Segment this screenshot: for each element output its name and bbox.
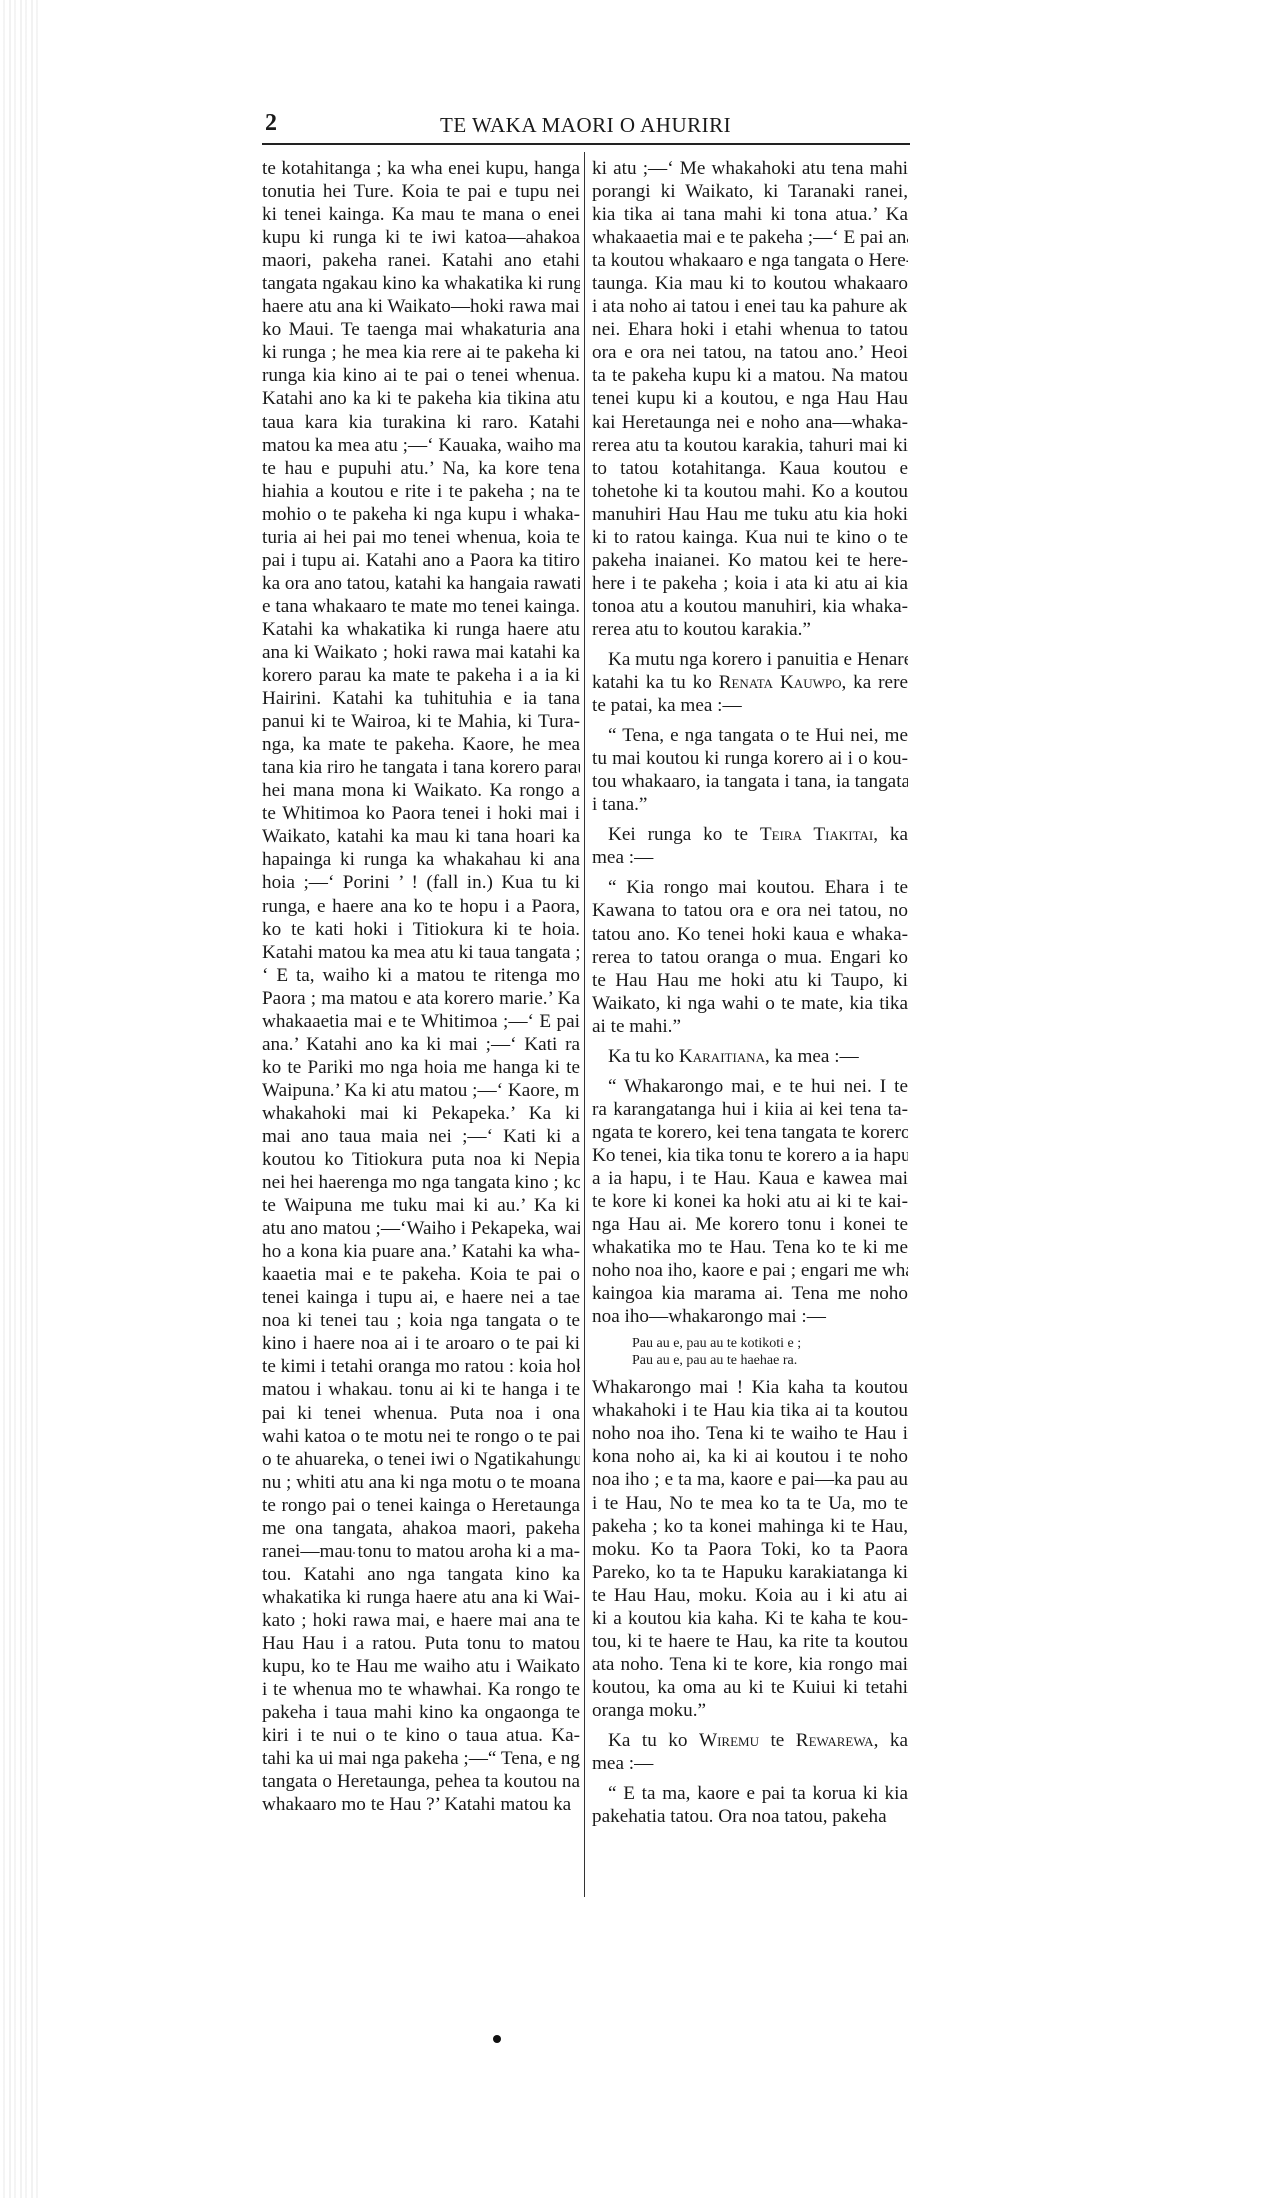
text-line: “ Whakarongo mai, e te hui nei. I te	[592, 1075, 908, 1098]
text-line: te Whitimoa ko Paora tenei i hoki mai i	[262, 802, 580, 825]
text-line: ngata te korero, kei tena tangata te kor…	[592, 1121, 908, 1144]
text-line: ana.’ Katahi ano ka ki mai ;—‘ Kati ra	[262, 1033, 580, 1056]
text-line: o te ahuareka, o tenei iwi o Ngatikahung…	[262, 1448, 580, 1471]
text-line: wahi katoa o te motu nei te rongo o te p…	[262, 1425, 580, 1448]
text-line: mai ano taua maia nei ;—‘ Kati ki a	[262, 1125, 580, 1148]
footer-ornament-dot	[493, 2035, 501, 2043]
text-line: hiahia a koutou e rite i te pakeha ; na …	[262, 480, 580, 503]
text-line: te patai, ka mea :—	[592, 694, 908, 717]
text-line: Kei runga ko te Teira Tiakitai, ka	[592, 823, 908, 846]
text-line: te Waipuna me tuku mai ki au.’ Ka ki	[262, 1194, 580, 1217]
text-line: kia tika ai tana mahi ki tona atua.’ Ka	[592, 203, 908, 226]
text-line: Hau Hau i a ratou. Puta tonu to matou	[262, 1632, 580, 1655]
text-line: tou. Katahi ano nga tangata kino ka	[262, 1563, 580, 1586]
text-line: tangata o Heretaunga, pehea ta koutou na	[262, 1770, 580, 1793]
text-line: Waikato, katahi ka mau ki tana hoari ka	[262, 825, 580, 848]
text-line: pakeha inaianei. Ko matou kei te here-	[592, 549, 908, 572]
text-line: Ka mutu nga korero i panuitia e Henare ;	[592, 648, 908, 671]
text-line: tatou ano. Ko tenei hoki kaua e whaka-	[592, 923, 908, 946]
text-line: tahi ka ui mai nga pakeha ;—“ Tena, e ng…	[262, 1747, 580, 1770]
text-line: i te Hau, No te mea ko ta te Ua, mo te	[592, 1492, 908, 1515]
text-line: Ko tenei, kia tika tonu te korero a ia h…	[592, 1144, 908, 1167]
text-line: Pareko, ko ta te Hapuku karakiatanga ki	[592, 1561, 908, 1584]
text-line: ko Maui. Te taenga mai whakaturia ana	[262, 318, 580, 341]
paragraph-gap	[592, 1038, 908, 1045]
text-line: whakahoki mai ki Pekapeka.’ Ka ki	[262, 1102, 580, 1125]
text-line: ki tenei kainga. Ka mau te mana o enei	[262, 203, 580, 226]
text-line: ai te mahi.”	[592, 1015, 908, 1038]
text-line: kiri i te nui o te kino o taua atua. Ka-	[262, 1724, 580, 1747]
text-line: Waipuna.’ Ka ki atu matou ;—‘ Kaore, me	[262, 1079, 580, 1102]
text-line: katahi ka tu ko Renata Kauwpo, ka rere	[592, 671, 908, 694]
speaker-name: Teira Tiakitai	[760, 824, 873, 845]
text-line: ki atu ;—‘ Me whakahoki atu tena mahi	[592, 157, 908, 180]
text-line: ana ki Waikato ; hoki rawa mai katahi ka	[262, 641, 580, 664]
text-line: rerea atu ta koutou karakia, tahuri mai …	[592, 434, 908, 457]
header-rule	[262, 143, 910, 145]
text-line: ta koutou whakaaro e nga tangata o Here-	[592, 249, 908, 272]
text-line: panui ki te Wairoa, ki te Mahia, ki Tura…	[262, 710, 580, 733]
text-line: whakaaetia mai e te pakeha ;—‘ E pai ana	[592, 226, 908, 249]
text-line: moku. Ko ta Paora Toki, ko ta Paora	[592, 1538, 908, 1561]
text-line: e tana whakaaro te mate mo tenei kainga.	[262, 595, 580, 618]
scan-margin-artifact	[0, 0, 40, 2198]
text-line: “ E ta ma, kaore e pai ta korua ki kia	[592, 1782, 908, 1805]
text-line: Kawana to tatou ora e ora nei tatou, no	[592, 899, 908, 922]
text-line: rerea atu to koutou karakia.”	[592, 618, 908, 641]
text-line: hei mana mona ki Waikato. Ka rongo a	[262, 779, 580, 802]
text-line: nu ; whiti atu ana ki nga motu o te moan…	[262, 1471, 580, 1494]
text-line: Ka tu ko Wiremu te Rewarewa, ka	[592, 1729, 908, 1752]
text-line: Waikato, ki nga wahi o te mate, kia tika	[592, 992, 908, 1015]
text-line: kupu, ko te Hau me waiho atu i Waikato	[262, 1655, 580, 1678]
text-line: taua kara kia turakina ki raro. Katahi	[262, 411, 580, 434]
text-line: Ka tu ko Karaitiana, ka mea :—	[592, 1045, 908, 1068]
text-line: te kimi i tetahi oranga mo ratou : koia …	[262, 1355, 580, 1378]
text-line: manuhiri Hau Hau me tuku atu kia hoki	[592, 503, 908, 526]
paragraph-gap	[592, 816, 908, 823]
text-line: rerea to tatou oranga o mua. Engari ko	[592, 946, 908, 969]
text-line: whakatika mo te Hau. Tena ko te ki me	[592, 1236, 908, 1259]
text-line: whakaaetia mai e te Whitimoa ;—‘ E pai	[262, 1010, 580, 1033]
text-line: ra karangatanga hui i kiia ai kei tena t…	[592, 1098, 908, 1121]
scan-speck	[843, 1597, 845, 1599]
text-line: tohetohe ki ta koutou mahi. Ko a koutou	[592, 480, 908, 503]
right-column: ki atu ;—‘ Me whakahoki atu tena mahipor…	[592, 157, 908, 1828]
text-line: noho noa iho. Tena ki te waiho te Hau i	[592, 1422, 908, 1445]
text-line: runga, e haere ana ko te hopu i a Paora,	[262, 895, 580, 918]
text-line: koutou ko Titiokura puta noa ki Nepia	[262, 1148, 580, 1171]
text-line: Katahi ano ka ki te pakeha kia tikina at…	[262, 387, 580, 410]
text-line: nei hei haerenga mo nga tangata kino ; k…	[262, 1171, 580, 1194]
page-number: 2	[265, 110, 277, 137]
text-line: tana kia riro he tangata i tana korero p…	[262, 756, 580, 779]
scan-speck	[832, 1113, 834, 1115]
text-line: Paora ; ma matou e ata korero marie.’ Ka	[262, 987, 580, 1010]
text-line: te Hau Hau me hoki atu ki Taupo, ki	[592, 969, 908, 992]
text-line: ata noho. Tena ki te kore, kia rongo mai	[592, 1653, 908, 1676]
verse-line: Pau au e, pau au te kotikoti e ;	[592, 1335, 908, 1352]
running-title: TE WAKA MAORI O AHURIRI	[440, 113, 731, 138]
text-line: tenei kupu ki a koutou, e nga Hau Hau	[592, 387, 908, 410]
text-line: hoia ;—‘ Porini ’ ! (fall in.) Kua tu ki	[262, 871, 580, 894]
paragraph-gap	[592, 717, 908, 724]
page-header: 2 TE WAKA MAORI O AHURIRI	[262, 110, 910, 144]
text-line: kino i haere noa ai i te aroaro o te pai…	[262, 1332, 580, 1355]
text-line: Hairini. Katahi ka tuhituhia e ia tana	[262, 687, 580, 710]
text-line: pakeha ; ko ta konei mahinga ki te Hau,	[592, 1515, 908, 1538]
text-line: nei. Ehara hoki i etahi whenua to tatou	[592, 318, 908, 341]
verse-line: Pau au e, pau au te haehae ra.	[592, 1352, 908, 1369]
paragraph-gap	[592, 1328, 908, 1335]
text-line: korero parau ka mate te pakeha i a ia ki	[262, 664, 580, 687]
text-line: nga Hau ai. Me korero tonu i konei te	[592, 1213, 908, 1236]
paragraph-gap	[592, 1369, 908, 1376]
text-line: mea :—	[592, 1752, 908, 1775]
text-line: here i te pakeha ; koia i ata ki atu ai …	[592, 572, 908, 595]
text-line: whakahoki i te Hau kia tika ai ta koutou	[592, 1399, 908, 1422]
paragraph-gap	[592, 1722, 908, 1729]
text-line: noa ki tenei tau ; koia nga tangata o te	[262, 1309, 580, 1332]
text-line: hapainga ki runga ka whakahau ki ana	[262, 848, 580, 871]
text-line: tou, ki te haere te Hau, ka rite ta kout…	[592, 1630, 908, 1653]
text-line: ka ora ano tatou, katahi ka hangaia rawa…	[262, 572, 580, 595]
column-divider	[584, 152, 585, 1897]
text-line: ho a kona kia puare ana.’ Katahi ka wha-	[262, 1240, 580, 1263]
text-line: runga kia kino ai te pai o tenei whenua.	[262, 364, 580, 387]
paragraph-gap	[592, 1068, 908, 1075]
text-line: ki to ratou kainga. Kua nui te kino o te	[592, 526, 908, 549]
text-line: turia ai hei pai mo tenei whenua, koia t…	[262, 526, 580, 549]
paragraph-gap	[592, 641, 908, 648]
text-line: ‘ E ta, waiho ki a matou te ritenga mo	[262, 964, 580, 987]
speaker-name: Karaitiana	[679, 1046, 765, 1067]
text-line: noa iho ; e ta ma, kaore e pai—ka pau au	[592, 1468, 908, 1491]
text-line: me ona tangata, ahakoa maori, pakeha	[262, 1517, 580, 1540]
text-line: matou i whakau. tonu ai ki te hanga i te	[262, 1378, 580, 1401]
text-line: tou whakaaro, ia tangata i tana, ia tang…	[592, 770, 908, 793]
text-line: to tatou kotahitanga. Kaua koutou e	[592, 457, 908, 480]
speaker-name: Rewarewa	[796, 1730, 874, 1751]
paragraph-gap	[592, 869, 908, 876]
text-line: ranei—mau tonu to matou aroha ki a ma-	[262, 1540, 580, 1563]
text-line: Katahi matou ka mea atu ki taua tangata …	[262, 941, 580, 964]
text-line: koutou, ka oma au ki te Kuiui ki tetahi	[592, 1676, 908, 1699]
text-line: “ Kia rongo mai koutou. Ehara i te	[592, 876, 908, 899]
text-line: te kore ki konei ka hoki atu ai ki te ka…	[592, 1190, 908, 1213]
text-line: kaingoa kia marama ai. Tena me noho	[592, 1282, 908, 1305]
text-line: matou ka mea atu ;—‘ Kauaka, waiho ma	[262, 434, 580, 457]
text-line: tenei kainga i tupu ai, e haere nei a ta…	[262, 1286, 580, 1309]
text-line: noho noa iho, kaore e pai ; engari me wh…	[592, 1259, 908, 1282]
text-line: kaaetia mai e te pakeha. Koia te pai o	[262, 1263, 580, 1286]
text-line: taunga. Kia mau ki to koutou whakaaro	[592, 272, 908, 295]
text-line: i tana.”	[592, 793, 908, 816]
text-line: te Hau Hau, moku. Koia au i ki atu ai	[592, 1584, 908, 1607]
speaker-name: Renata Kauwpo	[719, 672, 842, 693]
text-line: pakehatia tatou. Ora noa tatou, pakeha	[592, 1805, 908, 1828]
text-line: kupu ki runga ki te iwi katoa—ahakoa	[262, 226, 580, 249]
text-line: te hau e pupuhi atu.’ Na, ka kore tena	[262, 457, 580, 480]
text-line: ki runga ; he mea kia rere ai te pakeha …	[262, 341, 580, 364]
text-line: te rongo pai o tenei kainga o Heretaunga	[262, 1494, 580, 1517]
text-line: te kotahitanga ; ka wha enei kupu, hanga	[262, 157, 580, 180]
text-line: atu ano matou ;—‘Waiho i Pekapeka, wai-	[262, 1217, 580, 1240]
text-line: ta te pakeha kupu ki a matou. Na matou	[592, 364, 908, 387]
left-column: te kotahitanga ; ka wha enei kupu, hanga…	[262, 157, 580, 1816]
text-line: Whakarongo mai ! Kia kaha ta koutou	[592, 1376, 908, 1399]
text-line: ora e ora nei tatou, na tatou ano.’ Heoi	[592, 341, 908, 364]
text-line: ko te kati hoki i Titiokura ki te hoia.	[262, 918, 580, 941]
text-line: kato ; hoki rawa mai, e haere mai ana te	[262, 1609, 580, 1632]
scan-speck	[353, 1552, 355, 1554]
text-line: whakaaro mo te Hau ?’ Katahi matou ka	[262, 1793, 580, 1816]
text-line: nga, ka mate te pakeha. Kaore, he mea	[262, 733, 580, 756]
text-line: haere atu ana ki Waikato—hoki rawa mai,	[262, 295, 580, 318]
text-line: tonoa atu a koutou manuhiri, kia whaka-	[592, 595, 908, 618]
text-line: pakeha i taua mahi kino ka ongaonga te	[262, 1701, 580, 1724]
text-line: noa iho—whakarongo mai :—	[592, 1305, 908, 1328]
text-line: i ata noho ai tatou i enei tau ka pahure…	[592, 295, 908, 318]
text-line: tu mai koutou ki runga korero ai i o kou…	[592, 747, 908, 770]
paragraph-gap	[592, 1775, 908, 1782]
text-line: pai ki tenei whenua. Puta noa i ona	[262, 1402, 580, 1425]
text-line: whakatika ki runga haere atu ana ki Wai-	[262, 1586, 580, 1609]
text-line: i te whenua mo te whawhai. Ka rongo te	[262, 1678, 580, 1701]
text-line: porangi ki Waikato, ki Taranaki ranei,	[592, 180, 908, 203]
speaker-name: Wiremu	[699, 1730, 759, 1751]
text-line: “ Tena, e nga tangata o te Hui nei, me	[592, 724, 908, 747]
text-line: kona noho ai, ka ki ai koutou i te noho	[592, 1445, 908, 1468]
text-line: tangata ngakau kino ka whakatika ki rung…	[262, 272, 580, 295]
text-line: a ia hapu, i te Hau. Kaua e kawea mai	[592, 1167, 908, 1190]
text-line: mohio o te pakeha ki nga kupu i whaka-	[262, 503, 580, 526]
text-line: oranga moku.”	[592, 1699, 908, 1722]
text-line: tonutia hei Ture. Koia te pai e tupu nei	[262, 180, 580, 203]
text-line: Katahi ka whakatika ki runga haere atu	[262, 618, 580, 641]
text-line: mea :—	[592, 846, 908, 869]
text-line: maori, pakeha ranei. Katahi ano etahi	[262, 249, 580, 272]
text-line: pai i tupu ai. Katahi ano a Paora ka tit…	[262, 549, 580, 572]
text-line: kai Heretaunga nei e noho ana—whaka-	[592, 411, 908, 434]
text-line: ko te Pariki mo nga hoia me hanga ki te	[262, 1056, 580, 1079]
text-line: ki a koutou kia kaha. Ki te kaha te kou-	[592, 1607, 908, 1630]
